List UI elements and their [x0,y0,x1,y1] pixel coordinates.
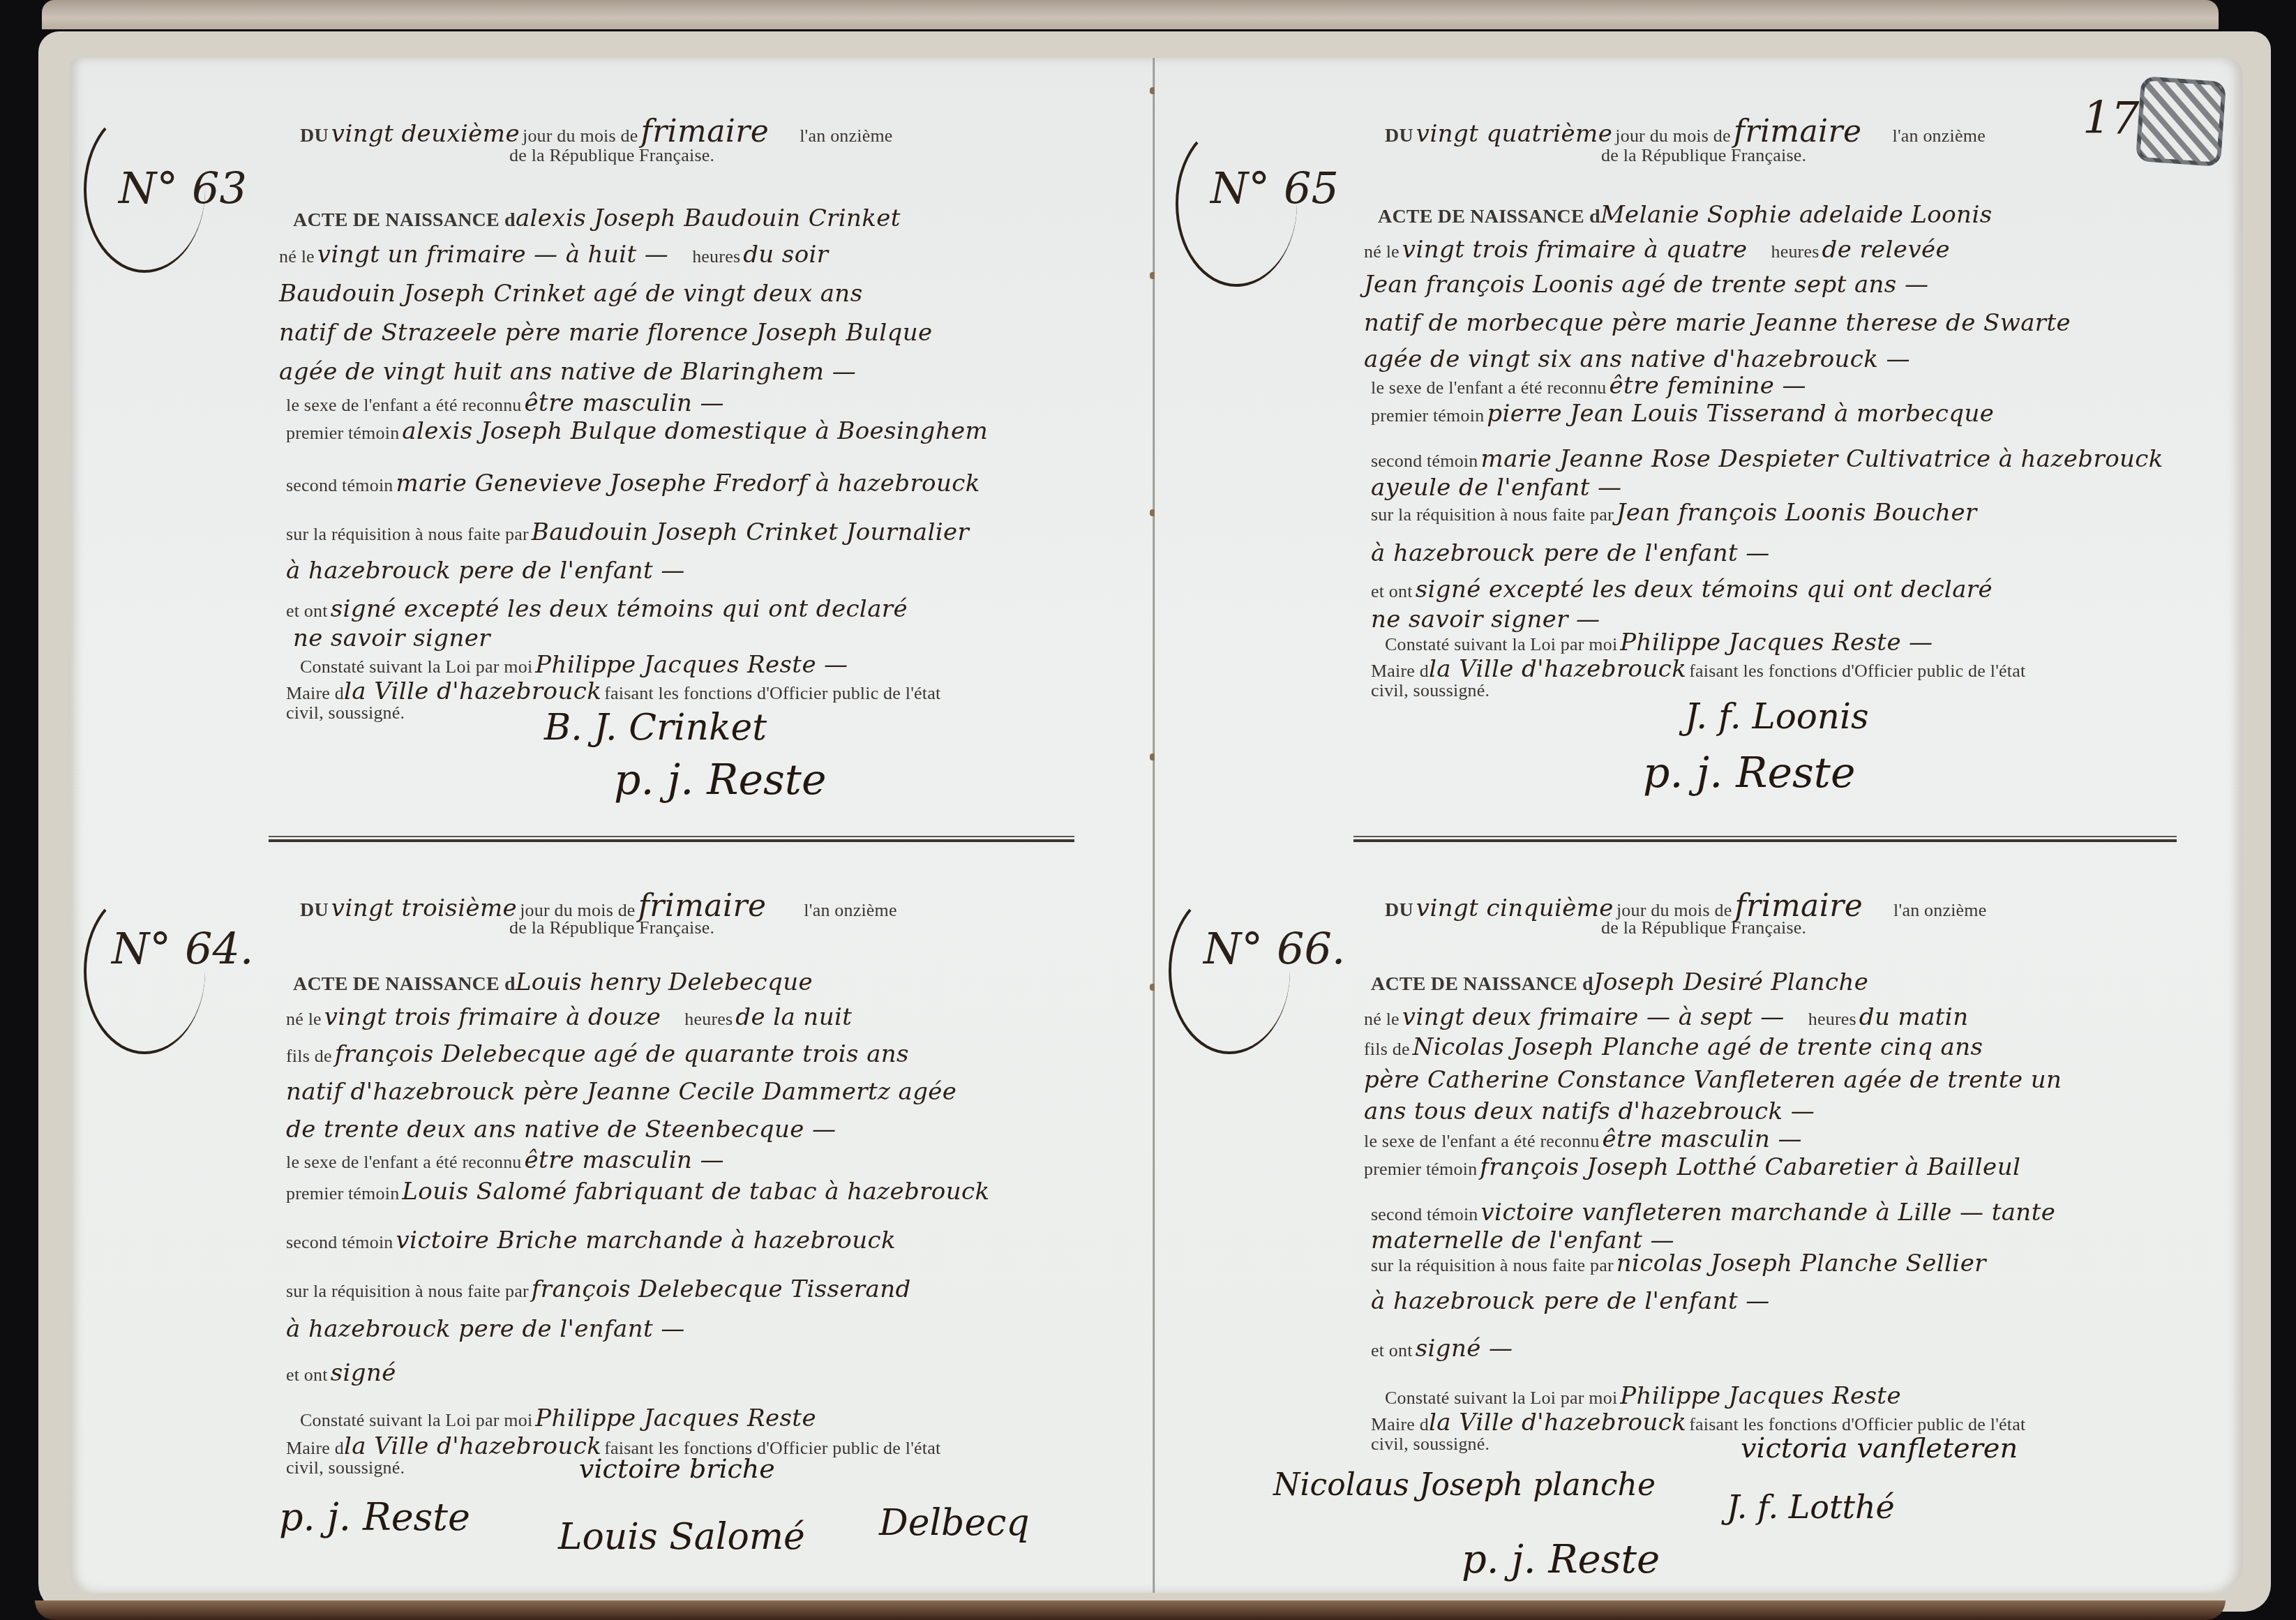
parents-line-2: natif de Strazeele père marie florence J… [279,319,933,347]
hours-label: heures [1808,1009,1856,1029]
parents-line-1: françois Delebecque agé de quarante troi… [335,1040,909,1068]
month-label: jour du mois de [1615,126,1731,146]
birth-hour: du matin [1859,1003,1969,1031]
entry-divider [269,836,1074,842]
child-name: Joseph Desiré Planche [1593,968,1868,996]
birth-hour: de relevée [1822,236,1951,264]
declarant-line-2: à hazebrouck pere de l'enfant — [286,1315,685,1343]
second-witness-label: second témoin [286,1232,393,1252]
second-witness: marie Genevieve Josephe Fredorf à hazebr… [396,470,980,497]
declarant-line-2: à hazebrouck pere de l'enfant — [1371,539,1770,567]
left-page: N° 63 DU vingt deuxième jour du mois de … [70,58,1186,1593]
parents-line-3: agée de vingt huit ans native de Blaring… [279,358,856,386]
child-name: Melanie Sophie adelaide Loonis [1600,201,1993,229]
requisition-label: sur la réquisition à nous faite par [1371,1255,1614,1275]
sex-label: le sexe de l'enfant a été reconnu [1371,377,1607,398]
declarant-line-2: à hazebrouck pere de l'enfant — [1371,1287,1770,1315]
declarant: Baudouin Joseph Crinket Journalier [532,518,969,546]
signature: J. f. Lotthé [1727,1488,1895,1526]
acte-label: ACTE DE NAISSANCE d [1371,973,1593,995]
signature: p. j. Reste [614,756,826,804]
civil-label: civil, soussigné. [286,1457,405,1478]
signature: B. J. Crinket [544,707,767,749]
parents-line-2: natif d'hazebrouck père Jeanne Cecile Da… [286,1078,956,1106]
constate-label: Constaté suivant la Loi par moi [1385,1388,1617,1408]
parents-line-2: père Catherine Constance Vanfleteren agé… [1364,1066,2062,1094]
parents-line-2: natif de morbecque père marie Jeanne the… [1364,309,2071,337]
signature: p. j. Reste [279,1495,470,1539]
declarant-line-2: à hazebrouck pere de l'enfant — [286,557,685,585]
signature: J. f. Loonis [1685,696,1869,737]
record-month: frimaire [640,114,769,149]
birth-record-65: N° 65 DU vingt quatrième jour du mois de… [1155,58,2187,825]
born-label: né le [1364,1009,1400,1029]
hours-label: heures [1771,241,1819,262]
birth-hour: du soir [743,241,828,269]
republic-label: de la République Française. [509,145,714,166]
first-witness-label: premier témoin [1371,405,1484,426]
mayor-label: Maire d [286,683,344,703]
son-of-label: fils de [1364,1039,1410,1059]
entry-number-mark: N° 66. [1203,923,1346,974]
year-label: l'an onzième [1892,126,1985,146]
du-label: DU [1385,899,1413,921]
first-witness: alexis Joseph Bulque domestique à Boesin… [402,417,988,445]
republic-label: de la République Française. [1601,917,1806,938]
constate-label: Constaté suivant la Loi par moi [1385,634,1617,654]
signature-note: signé excepté les deux témoins qui ont d… [1416,576,1993,603]
signature: victoria vanfleteren [1741,1432,2018,1464]
child-sex: être masculin — [1603,1125,1802,1153]
mayor-of: la Ville d'hazebrouck [1429,655,1686,683]
entry-divider [1353,836,2177,842]
sex-label: le sexe de l'enfant a été reconnu [286,395,522,415]
month-label: jour du mois de [523,126,638,146]
mayor-label: Maire d [1371,661,1429,681]
parents-line-1: Baudouin Joseph Crinket agé de vingt deu… [279,280,863,308]
second-witness-line-2: ayeule de l'enfant — [1371,474,1621,502]
sex-label: le sexe de l'enfant a été reconnu [286,1152,522,1172]
officer-name: Philippe Jacques Reste [535,1404,816,1432]
entry-number-mark: N° 63 [119,163,247,213]
child-name: Louis henry Delebecque [516,968,813,996]
signed-label: et ont [286,1365,328,1385]
child-sex: être masculin — [525,1146,724,1174]
mayor-of: la Ville d'hazebrouck [1429,1409,1686,1437]
hours-label: heures [692,246,740,267]
second-witness: victoire vanfleteren marchande à Lille —… [1481,1199,2056,1227]
declarant: Jean françois Loonis Boucher [1616,499,1977,527]
year-label: l'an onzième [1893,900,1986,920]
birth-date: vingt deux frimaire — à sept — [1402,1003,1785,1031]
constate-label: Constaté suivant la Loi par moi [300,657,532,677]
signature: victoire briche [579,1453,775,1484]
functions-label: faisant les fonctions d'Officier public … [1689,1414,2025,1434]
record-day: vingt troisième [331,894,517,922]
signature-note: signé — [1416,1335,1513,1363]
birth-date: vingt un frimaire — à huit — [317,241,668,269]
functions-label: faisant les fonctions d'Officier public … [1689,661,2025,681]
first-witness: françois Joseph Lotthé Cabaretier à Bail… [1480,1153,2020,1181]
signature-note: signé excepté les deux témoins qui ont d… [331,595,908,623]
entry-number-mark: N° 65 [1210,163,1339,213]
parents-line-3: de trente deux ans native de Steenbecque… [286,1116,836,1143]
parents-line-1: Nicolas Joseph Planche agé de trente cin… [1413,1033,1983,1061]
born-label: né le [279,246,315,267]
entry-number-mark: N° 64. [112,923,254,974]
second-witness: marie Jeanne Rose Despieter Cultivatrice… [1481,445,2163,473]
record-day: vingt quatrième [1416,120,1612,148]
civil-label: civil, soussigné. [1371,1434,1490,1455]
acte-label: ACTE DE NAISSANCE d [1378,206,1600,227]
birth-date: vingt trois frimaire à quatre [1402,236,1748,264]
signature: Nicolaus Joseph planche [1273,1467,1656,1503]
open-register-book: N° 63 DU vingt deuxième jour du mois de … [38,31,2271,1612]
parents-line-1: Jean françois Loonis agé de trente sept … [1364,271,1928,299]
signature: Louis Salomé [558,1516,805,1558]
signature-note-2: ne savoir signer [293,624,490,652]
son-of-label: fils de [286,1046,332,1066]
signed-label: et ont [1371,581,1413,601]
declarant: françois Delebecque Tisserand [532,1275,911,1303]
first-witness: Louis Salomé fabriquant de tabac à hazeb… [402,1178,989,1206]
record-day: vingt cinquième [1416,894,1614,922]
du-label: DU [1385,125,1413,147]
record-month: frimaire [1734,114,1862,149]
first-witness: pierre Jean Louis Tisserand à morbecque [1487,400,1994,428]
parents-line-3: agée de vingt six ans native d'hazebrouc… [1364,345,1910,373]
mayor-label: Maire d [1371,1414,1429,1434]
functions-label: faisant les fonctions d'Officier public … [604,683,940,703]
du-label: DU [300,125,329,147]
second-witness-label: second témoin [1371,451,1478,471]
second-witness: victoire Briche marchande à hazebrouck [396,1227,896,1254]
first-witness-label: premier témoin [1364,1159,1477,1179]
year-label: l'an onzième [804,900,896,920]
birth-hour: de la nuit [735,1003,852,1031]
right-page: 17 N° 65 DU vingt quatrième jour du mois… [1155,58,2243,1593]
sex-label: le sexe de l'enfant a été reconnu [1364,1131,1600,1151]
first-witness-label: premier témoin [286,1183,399,1203]
child-name: alexis Joseph Baudouin Crinket [516,204,901,232]
birth-record-63: N° 63 DU vingt deuxième jour du mois de … [70,58,1102,825]
parents-line-3: ans tous deux natifs d'hazebrouck — [1364,1097,1815,1125]
signature: Delbecq [879,1502,1030,1544]
second-witness-label: second témoin [286,475,393,495]
record-day: vingt deuxième [331,120,520,148]
first-witness-label: premier témoin [286,423,399,443]
acte-label: ACTE DE NAISSANCE d [293,209,516,231]
book-top-edge [42,0,2219,29]
signature: p. j. Reste [1643,749,1855,797]
born-label: né le [1364,241,1400,262]
signed-label: et ont [286,601,328,621]
republic-label: de la République Française. [1601,145,1806,166]
officer-name: Philippe Jacques Reste — [1620,629,1933,657]
born-label: né le [286,1009,322,1029]
officer-name: Philippe Jacques Reste [1620,1382,1901,1410]
child-sex: être feminine — [1610,372,1806,400]
book-bottom-edge [35,1600,2226,1620]
hours-label: heures [684,1009,733,1029]
requisition-label: sur la réquisition à nous faite par [1371,504,1614,525]
signature-note: signé [331,1359,396,1387]
acte-label: ACTE DE NAISSANCE d [293,973,516,995]
mayor-of: la Ville d'hazebrouck [344,1432,601,1460]
birth-record-64: N° 64. DU vingt troisième jour du mois d… [70,846,1102,1593]
republic-label: de la République Française. [509,917,714,938]
civil-label: civil, soussigné. [1371,680,1490,701]
mayor-of: la Ville d'hazebrouck [344,677,601,705]
birth-date: vingt trois frimaire à douze [324,1003,661,1031]
year-label: l'an onzième [800,126,892,146]
child-sex: être masculin — [525,389,724,417]
signed-label: et ont [1371,1340,1413,1360]
signature: p. j. Reste [1462,1537,1660,1582]
requisition-label: sur la réquisition à nous faite par [286,1281,529,1301]
second-witness-label: second témoin [1371,1204,1478,1224]
mayor-label: Maire d [286,1438,344,1458]
constate-label: Constaté suivant la Loi par moi [300,1410,532,1430]
declarant: nicolas Joseph Planche Sellier [1616,1250,1986,1277]
civil-label: civil, soussigné. [286,703,405,723]
birth-record-66: N° 66. DU vingt cinquième jour du mois d… [1155,846,2187,1593]
du-label: DU [300,899,329,921]
requisition-label: sur la réquisition à nous faite par [286,524,529,544]
officer-name: Philippe Jacques Reste — [535,651,848,679]
